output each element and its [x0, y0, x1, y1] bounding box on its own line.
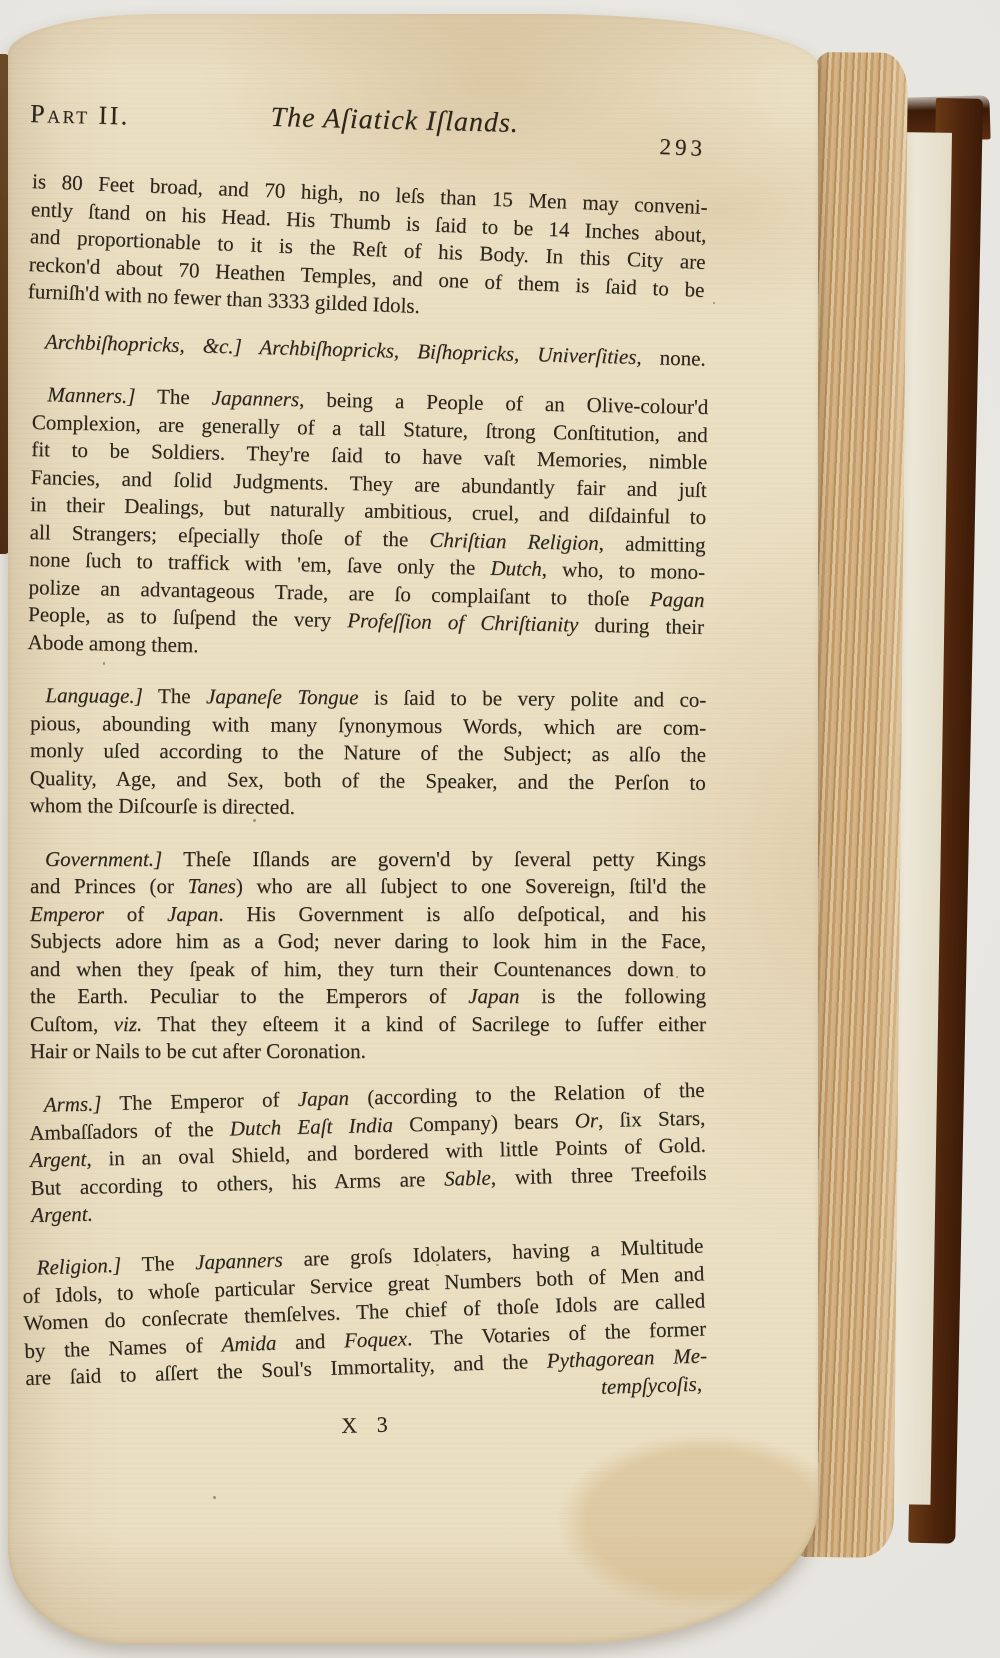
text-line: and when they ſpeak of him, they turn th… — [30, 956, 706, 984]
text-line: the Earth. Peculiar to the Emperors of J… — [30, 983, 706, 1011]
paragraph-arms: Arms.] The Emperor of Japan (according t… — [28, 1076, 707, 1229]
page-number: 293 — [659, 134, 707, 162]
paragraph-government: Government.] Theſe Iſlands are govern'd … — [30, 846, 706, 1066]
paragraph-language: Language.] The Japaneſe Tongue is ſaid t… — [30, 682, 707, 824]
running-header: Part II. The Aſiatick Iſlands. 293 — [29, 98, 706, 163]
text-line: Emperor of Japan. His Government is alſo… — [30, 901, 706, 929]
part-label: Part II. — [30, 99, 130, 131]
text-line: Government.] Theſe Iſlands are govern'd … — [30, 846, 706, 874]
photo-background: Part II. The Aſiatick Iſlands. 293 is 80… — [0, 0, 1000, 1658]
foxing-speck — [213, 1496, 216, 1499]
text-paragraphs: is 80 Feet broad, and 70 high, no leſs t… — [30, 168, 706, 1420]
text-line: Language.] The Japaneſe Tongue is ſaid t… — [30, 682, 706, 714]
text-line: Hair or Nails to be cut after Coronation… — [30, 1038, 706, 1066]
text-line: monly uſed according to the Nature of th… — [30, 737, 706, 769]
paragraph-idol-continuation: is 80 Feet broad, and 70 high, no leſs t… — [27, 168, 708, 331]
page-text-block: Part II. The Aſiatick Iſlands. 293 is 80… — [30, 98, 706, 1440]
foxing-speck — [713, 302, 715, 304]
text-line: Cuſtom, viz. That they eſteem it a kind … — [30, 1011, 706, 1039]
text-line: and Princes (or Tanes) who are all ſubje… — [30, 873, 706, 901]
text-line: Subjects adore him as a God; never darin… — [30, 928, 706, 956]
paragraph-manners: Manners.] The Japanners, being a People … — [27, 381, 708, 669]
paragraph-archbishopricks: Archbiſhopricks, &c.] Archbiſhopricks, B… — [30, 328, 706, 373]
text-line: whom the Diſcourſe is directed. — [30, 792, 706, 824]
book-page: Part II. The Aſiatick Iſlands. 293 is 80… — [8, 14, 818, 1644]
paragraph-religion: Religion.] The Japanners are groſs Idola… — [21, 1232, 708, 1420]
page-title: The Aſiatick Iſlands. — [270, 102, 519, 140]
text-line: Archbiſhopricks, &c.] Archbiſhopricks, B… — [30, 328, 706, 373]
